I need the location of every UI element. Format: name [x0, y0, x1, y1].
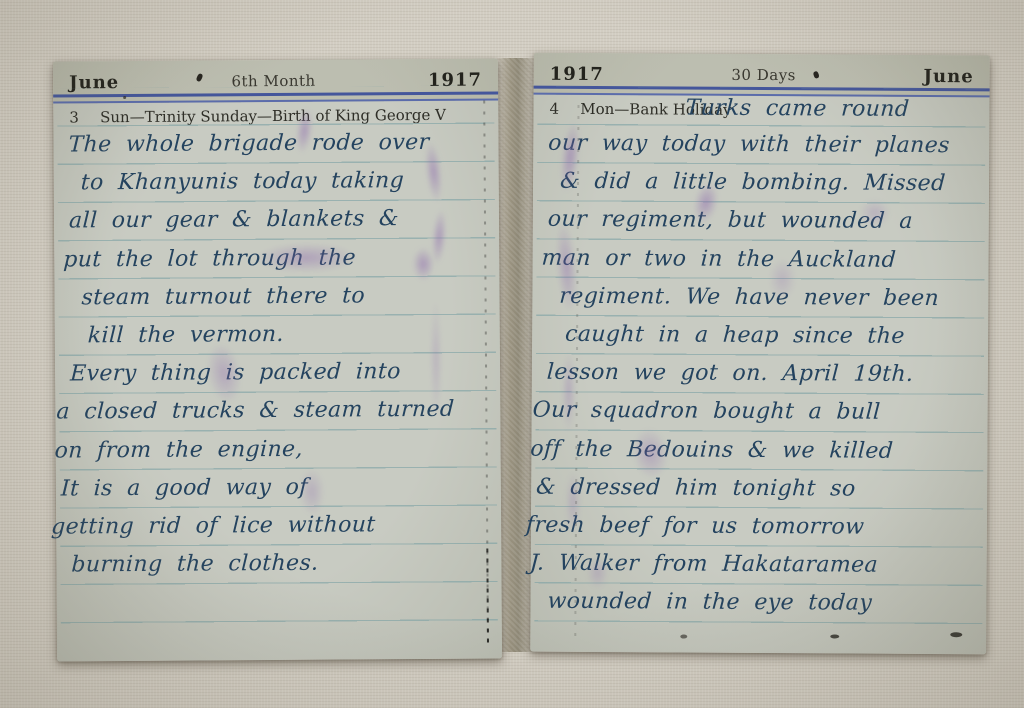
- header-month-label: June: [923, 65, 973, 86]
- diary-entry-text: our way today with their planes& did a l…: [520, 125, 983, 624]
- header-center-label: 30 Days: [604, 65, 924, 85]
- diary-line: Our squadron bought a bull: [532, 392, 968, 433]
- diary-line: to Khanyunis today taking: [66, 162, 491, 203]
- header-center-label: 6th Month: [119, 71, 428, 91]
- diary-line: kill the vermon.: [59, 314, 484, 355]
- diary-line: wounded in the eye today: [520, 583, 956, 624]
- diary-line: Every thing is packed into: [57, 353, 482, 394]
- diary-line: J. Walker from Hakataramea: [523, 545, 959, 586]
- diary-line: off the Bedouins & we killed: [529, 430, 965, 471]
- diary-line: The whole brigade rode over: [68, 123, 493, 164]
- ink-smudges: [534, 53, 990, 56]
- perforation-dots-bottom: [486, 549, 489, 649]
- diary-page-right: 1917 30 Days June 4 Mon—Bank Holiday Tur…: [530, 53, 990, 655]
- diary-line: our way today with their planes: [547, 125, 983, 166]
- diary-line: put the lot through the: [62, 238, 487, 279]
- header-year-label: 1917: [428, 69, 482, 90]
- diary-line: fresh beef for us tomorrow: [525, 506, 961, 547]
- diary-line: & dressed him tonight so: [527, 468, 963, 509]
- diary-line: our regiment, but wounded a: [543, 201, 979, 242]
- diary-line: & did a little bombing. Missed: [545, 163, 981, 204]
- diary-line: all our gear & blankets &: [64, 200, 489, 241]
- diary-page-left: June 6th Month 1917 3 Sun—Trinity Sunday…: [53, 58, 502, 661]
- diary-line: lesson we got on. April 19th.: [534, 354, 970, 395]
- header-divider-rule: [53, 91, 498, 103]
- diary-scan: June 6th Month 1917 3 Sun—Trinity Sunday…: [0, 0, 1024, 708]
- diary-line: man or two in the Auckland: [540, 239, 976, 280]
- diary-line-inline: Turks came round: [685, 96, 910, 122]
- diary-line: burning the clothes.: [49, 544, 474, 585]
- page-header-right: 1917 30 Days June: [534, 62, 990, 89]
- diary-line: a closed trucks & steam turned: [55, 391, 480, 432]
- diary-line: regiment. We have never been: [538, 277, 974, 318]
- diary-line: on from the engine,: [54, 429, 479, 470]
- diary-line: caught in a heap since the: [536, 316, 972, 357]
- diary-entry-text: The whole brigade rode overto Khanyunis …: [49, 123, 493, 584]
- date-number: 4: [549, 100, 575, 118]
- page-header-left: June 6th Month 1917: [53, 67, 498, 94]
- header-month-label: June: [69, 72, 119, 93]
- diary-line: steam turnout there to: [61, 276, 486, 317]
- header-year-label: 1917: [550, 63, 604, 84]
- date-text: Sun—Trinity Sunday—Birth of King George …: [100, 106, 446, 126]
- ink-smudges: [53, 58, 498, 61]
- diary-line: It is a good way of: [52, 467, 477, 508]
- date-number: 3: [69, 108, 95, 126]
- diary-line: getting rid of lice without: [50, 505, 475, 546]
